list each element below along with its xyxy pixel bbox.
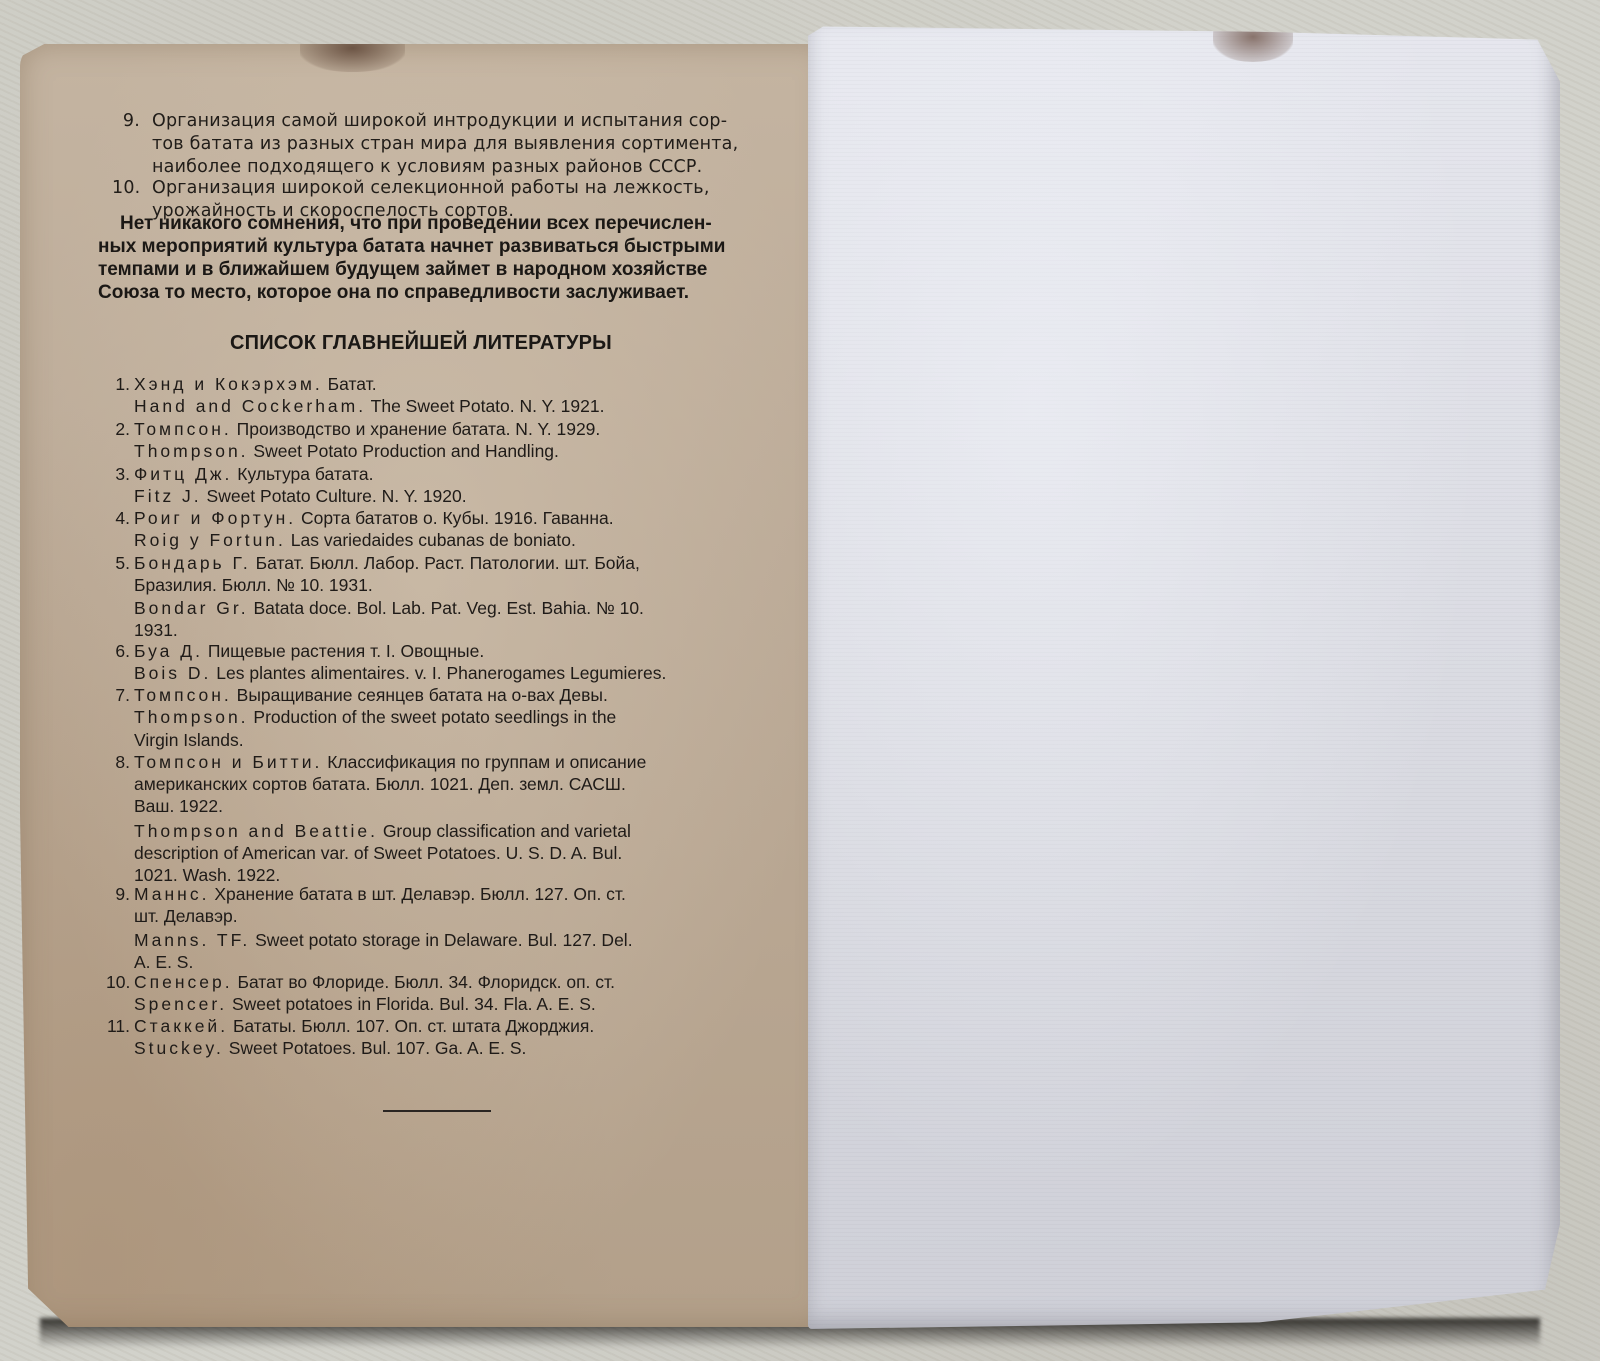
citation: Батат. Бюлл. Лабор. Раст. Патологии. шт.… xyxy=(251,553,640,573)
point-line: Организация самой широкой интродукции и … xyxy=(152,110,792,133)
citation: Sweet Potatoes. Bul. 107. Ga. A. E. S. xyxy=(224,1038,527,1058)
author: Томпсон. xyxy=(134,685,232,705)
citation: 1931. xyxy=(134,620,178,640)
citation: Virgin Islands. xyxy=(134,730,244,750)
author: Маннс. xyxy=(134,884,209,904)
citation: Бататы. Бюлл. 107. Оп. ст. штата Джорджи… xyxy=(228,1016,594,1036)
citation: Production of the sweet potato seedlings… xyxy=(249,707,617,727)
author: Фитц Дж. xyxy=(134,464,232,484)
citation: Классификация по группам и описание xyxy=(322,752,646,772)
citation: Батат во Флориде. Бюлл. 34. Флоридск. оп… xyxy=(233,972,615,992)
author: Хэнд и Кокэрхэм. xyxy=(134,374,323,394)
reference-number: 6. xyxy=(106,640,130,663)
author: Bondar Gr. xyxy=(134,598,249,618)
citation: Батат. xyxy=(323,374,377,394)
citation: Бразилия. Бюлл. № 10. 1931. xyxy=(134,575,373,595)
author: Fitz J. xyxy=(134,486,202,506)
conclusion-line: Союза то место, которое она по справедли… xyxy=(98,281,788,304)
author: Роиг и Фортун. xyxy=(134,508,296,528)
author: Hand and Cockerham. xyxy=(134,396,366,416)
point-line: тов батата из разных стран мира для выяв… xyxy=(152,133,792,156)
author: Спенсер. xyxy=(134,972,233,992)
author: Manns. TF. xyxy=(134,930,250,950)
citation: Les plantes alimentaires. v. I. Phanerog… xyxy=(211,663,666,683)
citation: Производство и хранение батата. N. Y. 19… xyxy=(232,419,601,439)
author: Roig y Fortun. xyxy=(134,530,286,550)
point-number: 9. xyxy=(112,110,140,133)
citation: американских сортов батата. Бюлл. 1021. … xyxy=(134,774,626,794)
author: Бондарь Г. xyxy=(134,553,251,573)
conclusion-line: темпами и в ближайшем будущем займет в н… xyxy=(98,258,788,281)
citation: Sweet Potato Culture. N. Y. 1920. xyxy=(202,486,467,506)
citation: Sweet potatoes in Florida. Bul. 34. Fla.… xyxy=(227,994,596,1014)
reference-number: 10. xyxy=(106,971,130,994)
citation: description of American var. of Sweet Po… xyxy=(134,843,622,863)
reference-number: 8. xyxy=(106,751,130,774)
water-stain xyxy=(300,42,405,72)
author: Томпсон. xyxy=(134,419,232,439)
reference-number: 2. xyxy=(106,418,130,441)
citation: A. E. S. xyxy=(134,952,193,972)
reference-number: 4. xyxy=(106,507,130,530)
author: Thompson and Beattie. xyxy=(134,821,378,841)
conclusion-line: ных мероприятий культура батата начнет р… xyxy=(98,235,788,258)
author: Буа Д. xyxy=(134,641,203,661)
reference-number: 5. xyxy=(106,552,130,575)
point-number: 10. xyxy=(112,177,140,200)
citation: Хранение батата в шт. Делавэр. Бюлл. 127… xyxy=(209,884,625,904)
author: Томпсон и Битти. xyxy=(134,752,322,772)
point-line: наиболее подходящего к условиям разных р… xyxy=(152,156,792,179)
citation: 1021. Wash. 1922. xyxy=(134,865,280,885)
citation: Пищевые растения т. I. Овощные. xyxy=(203,641,484,661)
author: Spencer. xyxy=(134,994,227,1014)
point-line: Организация широкой селекционной работы … xyxy=(152,177,792,200)
citation: Выращивание сеянцев батата на о-вах Девы… xyxy=(232,685,608,705)
author: Thompson. xyxy=(134,441,249,461)
conclusion-paragraph: Нет никакого сомнения, что при проведени… xyxy=(98,212,788,304)
citation: Культура батата. xyxy=(232,464,373,484)
reference-number: 11. xyxy=(106,1015,130,1038)
right-page-blank xyxy=(808,16,1560,1329)
citation: Ваш. 1922. xyxy=(134,796,223,816)
bibliography-heading: СПИСОК ГЛАВНЕЙШЕЙ ЛИТЕРАТУРЫ xyxy=(230,332,612,355)
citation: Group classification and varietal xyxy=(378,821,631,841)
citation: Сорта бататов о. Кубы. 1916. Гаванна. xyxy=(296,508,613,528)
conclusion-line: Нет никакого сомнения, что при проведени… xyxy=(98,212,788,235)
citation: Sweet potato storage in Delaware. Bul. 1… xyxy=(250,930,632,950)
citation: Sweet Potato Production and Handling. xyxy=(249,441,559,461)
citation: The Sweet Potato. N. Y. 1921. xyxy=(366,396,604,416)
citation: шт. Делавэр. xyxy=(134,906,238,926)
author: Стаккей. xyxy=(134,1016,228,1036)
reference-number: 1. xyxy=(106,373,130,396)
author: Stuckey. xyxy=(134,1038,224,1058)
reference-number: 9. xyxy=(106,883,130,906)
end-rule-divider xyxy=(383,1110,491,1112)
author: Bois D. xyxy=(134,663,211,683)
reference-number: 3. xyxy=(106,463,130,486)
citation: Las variedaides cubanas de boniato. xyxy=(286,530,576,550)
author: Thompson. xyxy=(134,707,249,727)
citation: Batata doce. Bol. Lab. Pat. Veg. Est. Ba… xyxy=(249,598,644,618)
reference-number: 7. xyxy=(106,684,130,707)
